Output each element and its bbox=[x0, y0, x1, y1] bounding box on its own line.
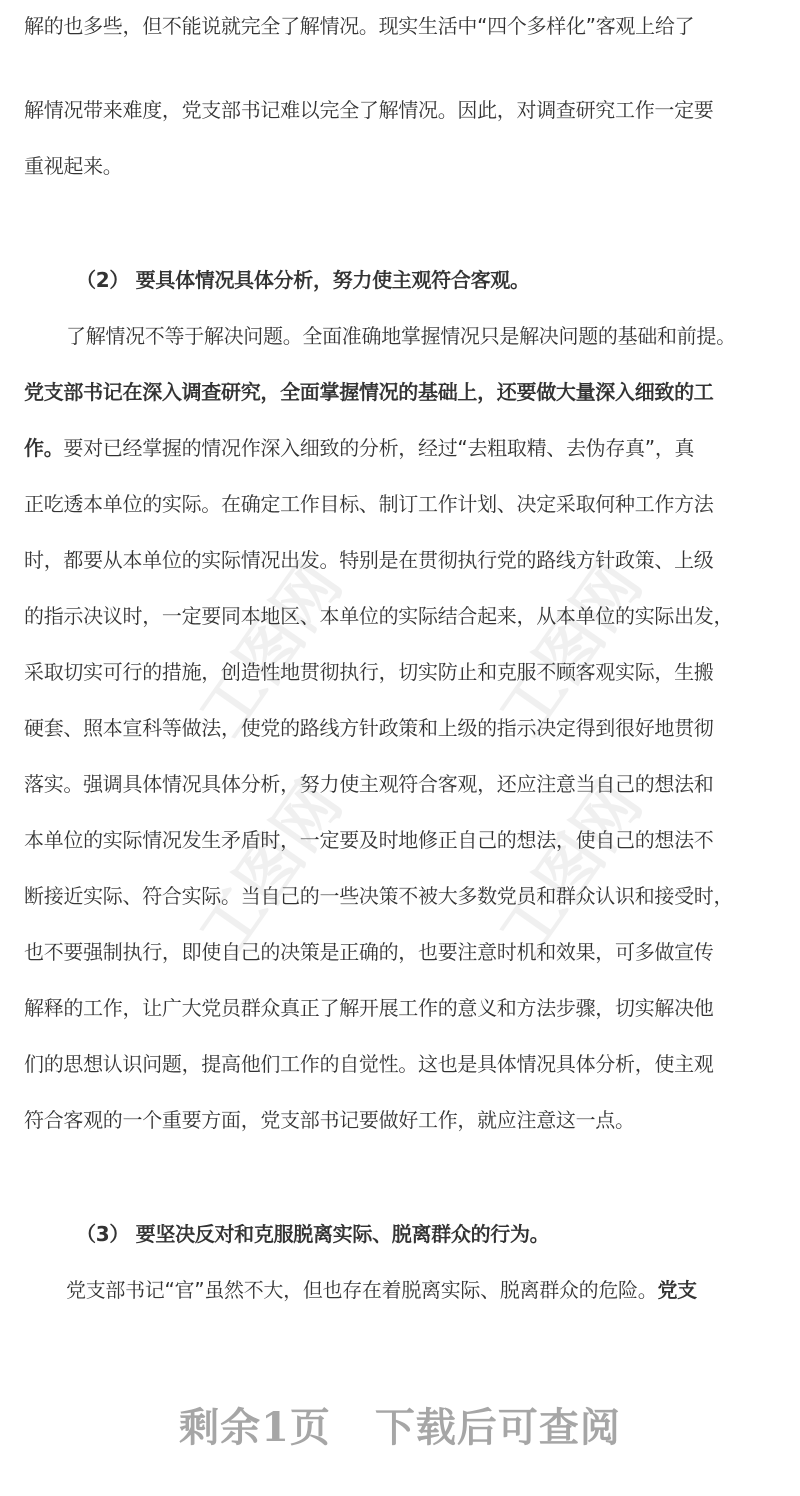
paragraph-line-bold: 党支部书记在深入调查研究，全面掌握情况的基础上，还要做大量深入细致的工 bbox=[24, 378, 776, 406]
paragraph-line: 了解情况不等于解决问题。全面准确地掌握情况只是解决问题的基础和前提。 bbox=[66, 322, 800, 350]
paragraph-line: 作。要对已经掌握的情况作深入细致的分析，经过“去粗取精、去伪存真”，真 bbox=[24, 434, 776, 462]
paragraph-line: 重视起来。 bbox=[24, 152, 776, 180]
paragraph-line: 解的也多些，但不能说就完全了解情况。现实生活中“四个多样化”客观上给了 bbox=[24, 12, 776, 40]
paragraph-line: 时，都要从本单位的实际情况出发。特别是在贯彻执行党的路线方针政策、上级 bbox=[24, 546, 776, 574]
paragraph-line: 采取切实可行的措施，创造性地贯彻执行，切实防止和克服不顾客观实际，生搬 bbox=[24, 658, 776, 686]
section-heading-2: （2） 要具体情况具体分析，努力使主观符合客观。 bbox=[76, 266, 800, 294]
paragraph-line: 党支部书记“官”虽然不大，但也存在着脱离实际、脱离群众的危险。党支 bbox=[66, 1276, 800, 1304]
bold-text: 党支 bbox=[657, 1278, 696, 1302]
body-text: 要对已经掌握的情况作深入细致的分析，经过“去粗取精、去伪存真”，真 bbox=[63, 436, 694, 460]
paragraph-line: 断接近实际、符合实际。当自己的一些决策不被大多数党员和群众认识和接受时， bbox=[24, 882, 776, 910]
paragraph-line: 也不要强制执行，即使自己的决策是正确的，也要注意时机和效果，可多做宣传 bbox=[24, 938, 776, 966]
paragraph-line: 们的思想认识问题，提高他们工作的自觉性。这也是具体情况具体分析，使主观 bbox=[24, 1050, 776, 1078]
paragraph-line: 的指示决议时，一定要同本地区、本单位的实际结合起来，从本单位的实际出发， bbox=[24, 602, 776, 630]
download-to-read-more[interactable]: 剩余1页下载后可查阅 bbox=[0, 1396, 800, 1453]
paragraph-line: 符合客观的一个重要方面，党支部书记要做好工作，就应注意这一点。 bbox=[24, 1106, 776, 1134]
paragraph-line: 解释的工作，让广大党员群众真正了解开展工作的意义和方法步骤，切实解决他 bbox=[24, 994, 776, 1022]
bold-text: 作。 bbox=[24, 436, 63, 460]
body-text: 党支部书记“官”虽然不大，但也存在着脱离实际、脱离群众的危险。 bbox=[66, 1278, 657, 1302]
paragraph-line: 正吃透本单位的实际。在确定工作目标、制订工作计划、决定采取何种工作方法 bbox=[24, 490, 776, 518]
paragraph-line: 本单位的实际情况发生矛盾时，一定要及时地修正自己的想法，使自己的想法不 bbox=[24, 826, 776, 854]
paragraph-line: 硬套、照本宣科等做法，使党的路线方针政策和上级的指示决定得到很好地贯彻 bbox=[24, 714, 776, 742]
paragraph-line: 解情况带来难度，党支部书记难以完全了解情况。因此，对调查研究工作一定要 bbox=[24, 96, 776, 124]
paragraph-line: 落实。强调具体情况具体分析，努力使主观符合客观，还应注意当自己的想法和 bbox=[24, 770, 776, 798]
section-heading-3: （3） 要坚决反对和克服脱离实际、脱离群众的行为。 bbox=[76, 1220, 800, 1248]
download-hint-label: 下载后可查阅 bbox=[375, 1404, 621, 1451]
remaining-pages-label: 剩余1页 bbox=[179, 1404, 331, 1451]
